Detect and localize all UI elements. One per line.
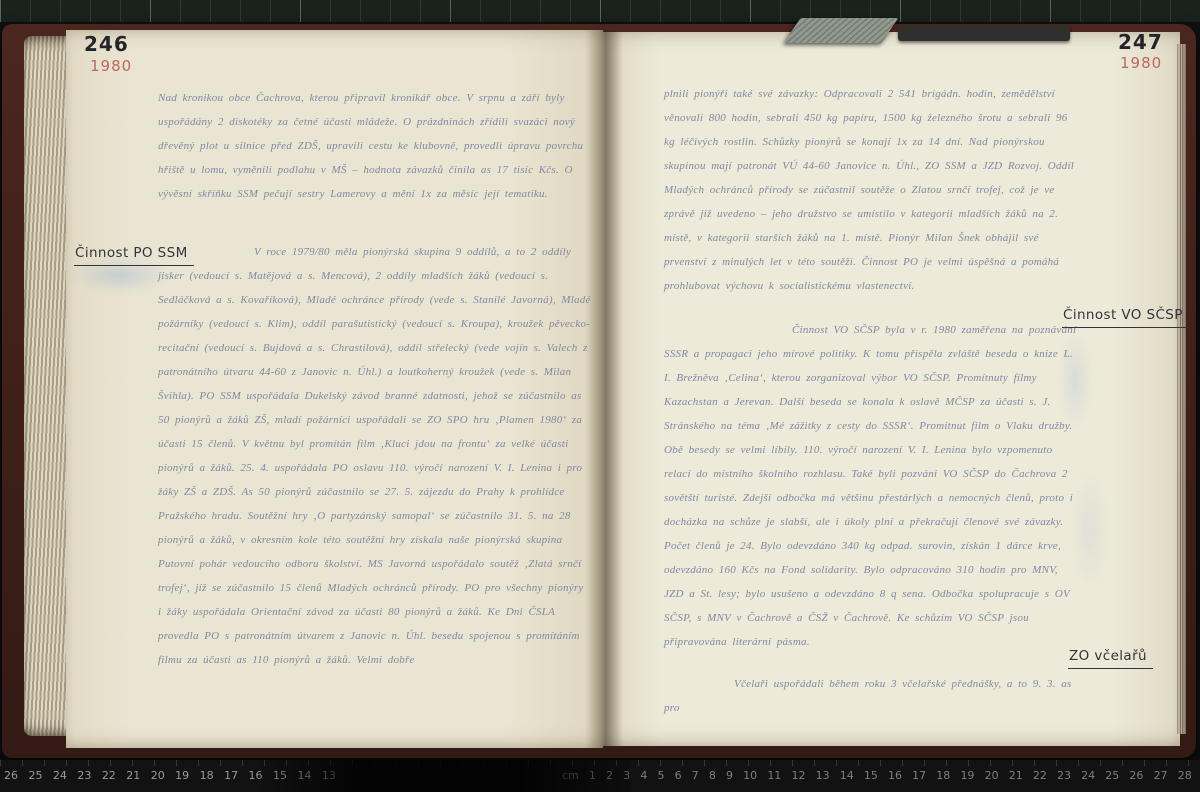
ruler-number: 13	[816, 769, 830, 782]
handwritten-paragraph: V roce 1979/80 měla pionýrská skupina 9 …	[158, 240, 592, 672]
ruler-number: 18	[936, 769, 950, 782]
ruler-number: 19	[175, 769, 189, 782]
page-edges-left	[24, 36, 70, 736]
ruler-number: 21	[126, 769, 140, 782]
ruler-number: 20	[985, 769, 999, 782]
ruler-number: 27	[1154, 769, 1168, 782]
ruler-numbers-right: cm12345678910111213141516171819202122232…	[562, 769, 1192, 782]
ruler-number: 24	[1081, 769, 1095, 782]
ruler-number: 23	[77, 769, 91, 782]
ruler-number: 12	[791, 769, 805, 782]
ruler-number: 26	[1129, 769, 1143, 782]
ruler-number: 25	[1105, 769, 1119, 782]
ruler-number: 17	[912, 769, 926, 782]
ruler-number: 24	[53, 769, 67, 782]
page-edges-right	[1176, 44, 1186, 734]
handwritten-paragraph: Činnost VO SČSP byla v r. 1980 zaměřena …	[664, 318, 1082, 654]
chronicle-book-photo: 246 1980 Nad kronikou obce Čachrova, kte…	[0, 0, 1200, 792]
margin-label-zo-vcelaru: ZO včelařů	[1068, 648, 1153, 669]
ruler-number: 17	[224, 769, 238, 782]
ruler-number: 28	[1178, 769, 1192, 782]
ruler-number: 16	[888, 769, 902, 782]
ruler-number: 18	[200, 769, 214, 782]
ruler-number: 4	[640, 769, 647, 782]
ruler-number: 6	[675, 769, 682, 782]
top-ruler	[0, 0, 1200, 22]
ruler-number: 7	[692, 769, 699, 782]
ruler-number: 11	[767, 769, 781, 782]
ruler-number: 10	[743, 769, 757, 782]
bookmark-ribbon	[784, 18, 899, 43]
ruler-number: 5	[657, 769, 664, 782]
ruler-number: 26	[4, 769, 18, 782]
page-number-left: 246	[84, 32, 129, 56]
ruler-number: 22	[1033, 769, 1047, 782]
spine-clamp	[898, 26, 1070, 41]
ruler-number: 19	[960, 769, 974, 782]
handwritten-paragraph: Nad kronikou obce Čachrova, kterou připr…	[158, 86, 592, 206]
book-shadow-on-ruler	[250, 760, 630, 792]
ruler-number: 9	[726, 769, 733, 782]
ruler-number: 15	[864, 769, 878, 782]
ruler-number: 8	[709, 769, 716, 782]
handwritten-paragraph: plnili pionýři také své závazky: Odpraco…	[664, 82, 1082, 298]
ruler-number: 22	[102, 769, 116, 782]
ruler-number: 25	[28, 769, 42, 782]
ruler-number: 20	[151, 769, 165, 782]
ruler-number: 23	[1057, 769, 1071, 782]
year-stamp-left: 1980	[90, 57, 132, 75]
page-number-right: 247	[1118, 30, 1163, 54]
handwritten-paragraph: Včelaři uspořádali během roku 3 včelařsk…	[664, 672, 1082, 720]
year-stamp-right: 1980	[1120, 54, 1162, 72]
ruler-number: 21	[1009, 769, 1023, 782]
bottom-ruler: 2625242322212019181716151413 cm123456789…	[0, 760, 1200, 792]
ruler-number: 14	[840, 769, 854, 782]
